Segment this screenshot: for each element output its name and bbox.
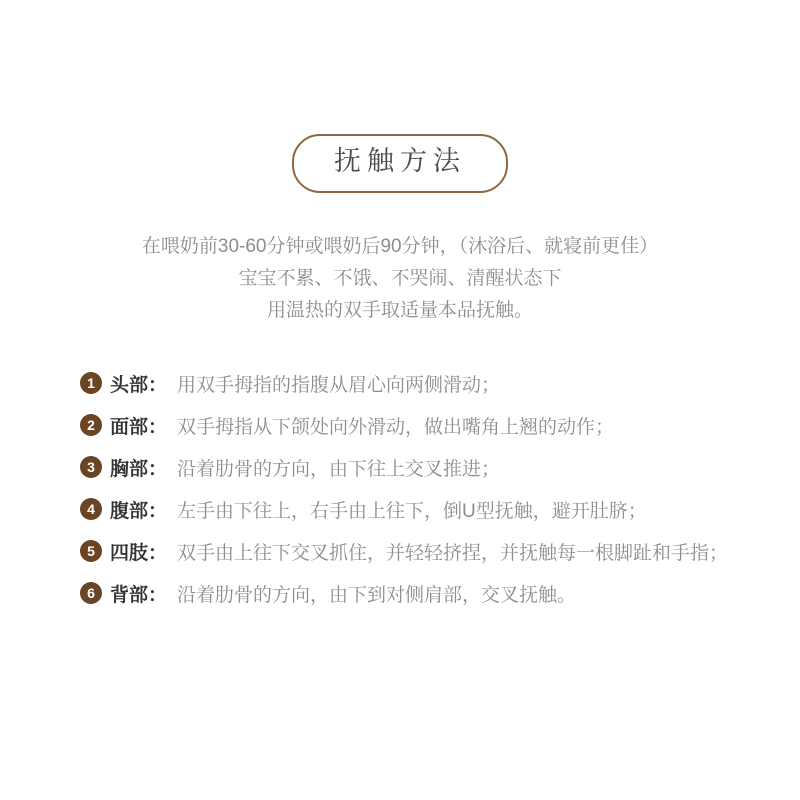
step-row-back: 6 背部： 沿着肋骨的方向，由下到对侧肩部，交叉抚触。 [80,580,800,606]
step-description: 双手拇指从下颌处向外滑动，做出嘴角上翘的动作； [177,412,614,439]
intro-line-3: 用温热的双手取适量本品抚触。 [0,295,800,327]
step-row-chest: 3 胸部： 沿着肋骨的方向，由下往上交叉推进； [80,454,800,480]
intro-line-2: 宝宝不累、不饿、不哭闹、清醒状态下 [0,263,800,295]
step-row-limbs: 5 四肢： 双手由上往下交叉抓住，并轻轻挤捏，并抚触每一根脚趾和手指； [80,538,800,564]
step-number-badge: 1 [80,372,102,394]
step-number-badge: 5 [80,540,102,562]
step-label: 胸部： [110,454,167,481]
step-description: 用双手拇指的指腹从眉心向两侧滑动； [177,370,500,397]
step-number-badge: 6 [80,582,102,604]
step-number-badge: 4 [80,498,102,520]
step-label: 四肢： [110,538,167,565]
step-number-badge: 2 [80,414,102,436]
step-label: 面部： [110,412,167,439]
section-title: 抚触方法 [334,146,466,176]
step-number-badge: 3 [80,456,102,478]
intro-line-1: 在喂奶前30-60分钟或喂奶后90分钟，（沐浴后、就寝前更佳） [0,231,800,263]
intro-paragraph: 在喂奶前30-60分钟或喂奶后90分钟，（沐浴后、就寝前更佳） 宝宝不累、不饿、… [0,231,800,327]
step-row-abdomen: 4 腹部： 左手由下往上，右手由上往下，倒U型抚触，避开肚脐； [80,496,800,522]
step-description: 沿着肋骨的方向，由下到对侧肩部，交叉抚触。 [177,580,576,607]
step-description: 左手由下往上，右手由上往下，倒U型抚触，避开肚脐； [177,496,647,523]
instruction-page: 抚触方法 在喂奶前30-60分钟或喂奶后90分钟，（沐浴后、就寝前更佳） 宝宝不… [0,0,800,800]
section-title-pill: 抚触方法 [292,134,508,193]
step-description: 沿着肋骨的方向，由下往上交叉推进； [177,454,500,481]
step-label: 头部： [110,370,167,397]
step-description: 双手由上往下交叉抓住，并轻轻挤捏，并抚触每一根脚趾和手指； [177,538,728,565]
step-row-face: 2 面部： 双手拇指从下颌处向外滑动，做出嘴角上翘的动作； [80,412,800,438]
step-label: 腹部： [110,496,167,523]
step-label: 背部： [110,580,167,607]
step-row-head: 1 头部： 用双手拇指的指腹从眉心向两侧滑动； [80,370,800,396]
steps-list: 1 头部： 用双手拇指的指腹从眉心向两侧滑动； 2 面部： 双手拇指从下颌处向外… [80,370,800,606]
